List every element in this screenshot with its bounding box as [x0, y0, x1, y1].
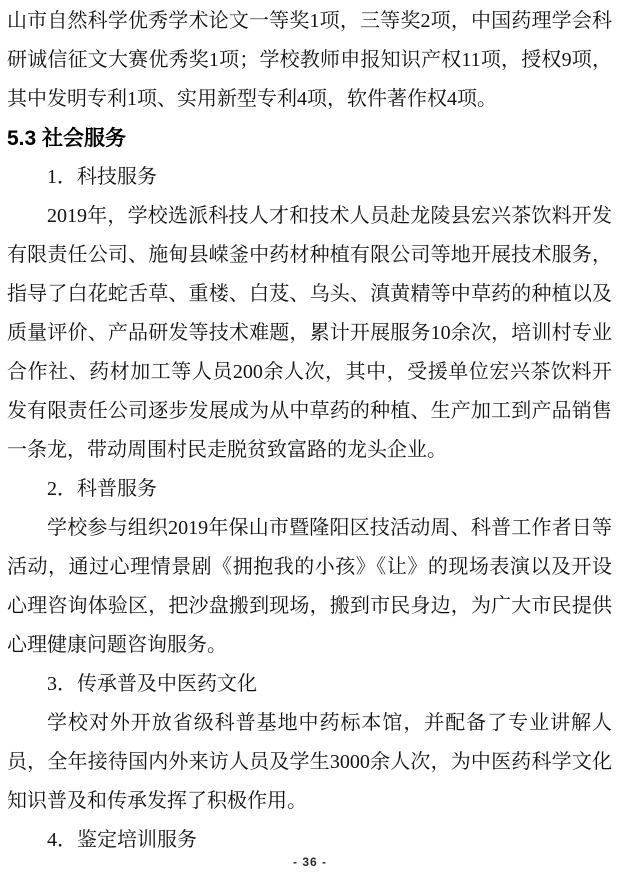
- item-title-science-service: 1．科技服务: [7, 158, 612, 197]
- section-heading: 5.3 社会服务: [7, 119, 612, 158]
- document-page: 山市自然科学优秀学术论文一等奖1项，三等奖2项，中国药理学会科研诚信征文大赛优秀…: [0, 0, 620, 875]
- item-body-popular-science-service: 学校参与组织2019年保山市暨隆阳区技活动周、科普工作者日等活动，通过心理情景剧…: [7, 509, 612, 665]
- continuation-paragraph: 山市自然科学优秀学术论文一等奖1项，三等奖2项，中国药理学会科研诚信征文大赛优秀…: [7, 2, 612, 119]
- item-body-science-service: 2019年，学校选派科技人才和技术人员赴龙陵县宏兴茶饮料开发有限责任公司、施甸县…: [7, 197, 612, 470]
- page-number: - 36 -: [0, 855, 620, 869]
- item-title-popular-science-service: 2．科普服务: [7, 470, 612, 509]
- item-body-tcm-culture: 学校对外开放省级科普基地中药标本馆，并配备了专业讲解人员，全年接待国内外来访人员…: [7, 704, 612, 821]
- item-title-tcm-culture: 3．传承普及中医药文化: [7, 665, 612, 704]
